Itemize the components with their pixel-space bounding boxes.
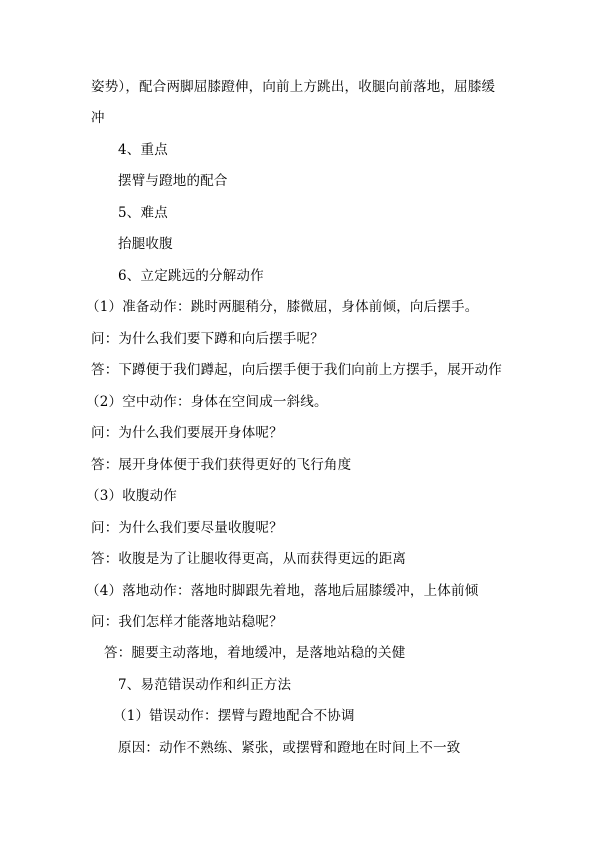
text-line: 7、易范错误动作和纠正方法 bbox=[118, 677, 291, 693]
text-line: （1）准备动作：跳时两腿稍分，膝微屈，身体前倾，向后摆手。 bbox=[86, 299, 478, 315]
text-line: 原因：动作不熟练、紧张，或摆臂和蹬地在时间上不一致 bbox=[118, 740, 461, 756]
text-line: 答：展开身体便于我们获得更好的飞行角度 bbox=[91, 457, 351, 473]
text-line: 摆臂与蹬地的配合 bbox=[118, 173, 228, 189]
text-line: 4、重点 bbox=[118, 142, 168, 158]
text-line: 姿势），配合两脚屈膝蹬伸，向前上方跳出，收腿向前落地，屈膝缓 bbox=[91, 79, 495, 95]
text-line: （4）落地动作：落地时脚跟先着地，落地后屈膝缓冲，上体前倾 bbox=[86, 583, 478, 599]
text-line: 问：我们怎样才能落地站稳呢？ bbox=[91, 614, 283, 630]
text-line: 5、难点 bbox=[118, 205, 168, 221]
text-line: 问：为什么我们要尽量收腹呢？ bbox=[91, 520, 283, 536]
text-line: 答：下蹲便于我们蹲起，向后摆手便于我们向前上方摆手，展开动作 bbox=[91, 362, 502, 378]
text-line: 答：收腹是为了让腿收得更高，从而获得更远的距离 bbox=[91, 551, 406, 567]
text-line: （1）错误动作：摆臂与蹬地配合不协调 bbox=[113, 708, 355, 724]
text-line: 问：为什么我们要下蹲和向后摆手呢？ bbox=[91, 331, 324, 347]
text-line: 冲 bbox=[91, 110, 105, 126]
text-line: 问：为什么我们要展开身体呢？ bbox=[91, 425, 283, 441]
text-line: （3）收腹动作 bbox=[86, 488, 177, 504]
text-line: （2）空中动作：身体在空间成一斜线。 bbox=[86, 394, 328, 410]
document-page: 姿势），配合两脚屈膝蹬伸，向前上方跳出，收腿向前落地，屈膝缓冲4、重点摆臂与蹬地… bbox=[0, 0, 595, 842]
text-line: 6、立定跳远的分解动作 bbox=[118, 268, 264, 284]
text-line: 答：腿要主动落地，着地缓冲，是落地站稳的关健 bbox=[104, 645, 405, 661]
text-line: 抬腿收腹 bbox=[118, 236, 173, 252]
